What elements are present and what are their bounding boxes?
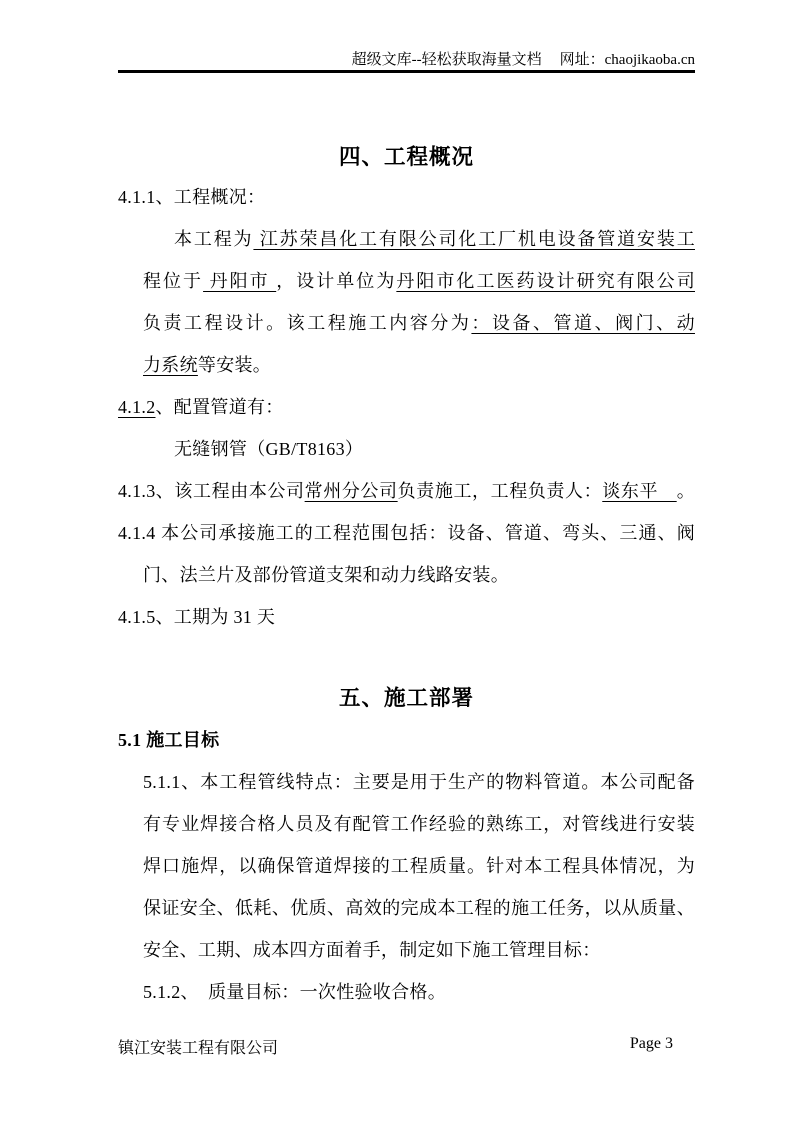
text-segment: 、配置管道有：: [156, 397, 284, 417]
text-line: 5.1.2、 质量目标：一次性验收合格。: [118, 971, 695, 1013]
text-segment: 本工程为: [174, 229, 253, 249]
text-line: 程位于 丹阳市 ，设计单位为丹阳市化工医药设计研究有限公司: [118, 260, 695, 302]
text-segment: 5.1.2、 质量目标：一次性验收合格。: [143, 982, 446, 1002]
text-line: 力系统等安装。: [118, 344, 695, 386]
text-segment: 门、法兰片及部份管道支架和动力线路安装。: [143, 565, 509, 585]
text-line: 4.1.2、配置管道有：: [118, 386, 695, 428]
text-segment: 4.1.5、工期为 31 天: [118, 607, 275, 627]
underlined-text-segment: 常州分公司: [305, 481, 398, 501]
underlined-text-segment: 4.1.2: [118, 397, 156, 417]
text-segment: 。: [677, 481, 695, 501]
text-line: 5.1.1、本工程管线特点：主要是用于生产的物料管道。本公司配备: [118, 761, 695, 803]
footer-company: 镇江安装工程有限公司: [118, 1035, 278, 1058]
text-line: 负责工程设计。该工程施工内容分为：设备、管道、阀门、动: [118, 302, 695, 344]
header-brand: 超级文库--轻松获取海量文档: [352, 52, 542, 68]
text-line: 4.1.4 本公司承接施工的工程范围包括：设备、管道、弯头、三通、阀: [118, 512, 695, 554]
page-header: 超级文库--轻松获取海量文档网址：chaojikaoba.cn: [118, 48, 695, 69]
text-line: 4.1.3、该工程由本公司常州分公司负责施工，工程负责人：谈东平 。: [118, 470, 695, 512]
text-segment: 焊口施焊，以确保管道焊接的工程质量。针对本工程具体情况，为: [143, 856, 695, 876]
text-segment: 程位于: [143, 271, 203, 291]
text-segment: 安全、工期、成本四方面着手，制定如下施工管理目标：: [143, 940, 601, 960]
underlined-text-segment: 丹阳市化工医药设计研究有限公司: [396, 271, 695, 291]
underlined-text-segment: 力系统: [143, 355, 198, 375]
text-segment: 4.1.1、工程概况：: [118, 187, 265, 207]
text-segment: 负责工程设计。该工程施工内容分为: [143, 313, 471, 333]
text-line: 5.1 施工目标: [118, 719, 695, 761]
section-title-4: 四、工程概况: [118, 142, 695, 172]
header-site-url: 网址：chaojikaoba.cn: [560, 52, 695, 68]
text-segment: 有专业焊接合格人员及有配管工作经验的熟练工，对管线进行安装: [143, 814, 695, 834]
text-segment: ，设计单位为: [276, 271, 396, 291]
text-segment: 4.1.3、该工程由本公司: [118, 481, 305, 501]
text-segment: 等安装。: [198, 355, 271, 375]
section-4-body: 4.1.1、工程概况：本工程为 江苏荣昌化工有限公司化工厂机电设备管道安装工程位…: [118, 176, 695, 638]
section-5-body: 5.1 施工目标5.1.1、本工程管线特点：主要是用于生产的物料管道。本公司配备…: [118, 719, 695, 1013]
text-segment: 5.1.1、本工程管线特点：主要是用于生产的物料管道。本公司配备: [143, 772, 695, 792]
text-segment: 5.1 施工目标: [118, 730, 219, 750]
text-line: 焊口施焊，以确保管道焊接的工程质量。针对本工程具体情况，为: [118, 845, 695, 887]
document-page: 超级文库--轻松获取海量文档网址：chaojikaoba.cn 四、工程概况 4…: [0, 0, 793, 1122]
underlined-text-segment: 谈东平: [602, 481, 676, 501]
text-segment: 负责施工，工程负责人：: [398, 481, 603, 501]
text-segment: 4.1.4 本公司承接施工的工程范围包括：设备、管道、弯头、三通、阀: [118, 523, 695, 543]
header-rule: [118, 70, 695, 73]
text-line: 4.1.1、工程概况：: [118, 176, 695, 218]
section-title-5: 五、施工部署: [118, 683, 695, 713]
text-line: 无缝钢管（GB/T8163）: [118, 428, 695, 470]
text-line: 4.1.5、工期为 31 天: [118, 596, 695, 638]
text-line: 保证安全、低耗、优质、高效的完成本工程的施工任务，以从质量、: [118, 887, 695, 929]
footer-page-number: Page 3: [630, 1035, 673, 1053]
text-line: 安全、工期、成本四方面着手，制定如下施工管理目标：: [118, 929, 695, 971]
text-line: 本工程为 江苏荣昌化工有限公司化工厂机电设备管道安装工: [118, 218, 695, 260]
text-segment: 保证安全、低耗、优质、高效的完成本工程的施工任务，以从质量、: [143, 898, 695, 918]
underlined-text-segment: 丹阳市: [203, 271, 276, 291]
underlined-text-segment: ：设备、管道、阀门、动: [471, 313, 695, 333]
text-segment: 无缝钢管（GB/T8163）: [174, 439, 363, 459]
text-line: 门、法兰片及部份管道支架和动力线路安装。: [118, 554, 695, 596]
underlined-text-segment: 江苏荣昌化工有限公司化工厂机电设备管道安装工: [253, 229, 695, 249]
text-line: 有专业焊接合格人员及有配管工作经验的熟练工，对管线进行安装: [118, 803, 695, 845]
